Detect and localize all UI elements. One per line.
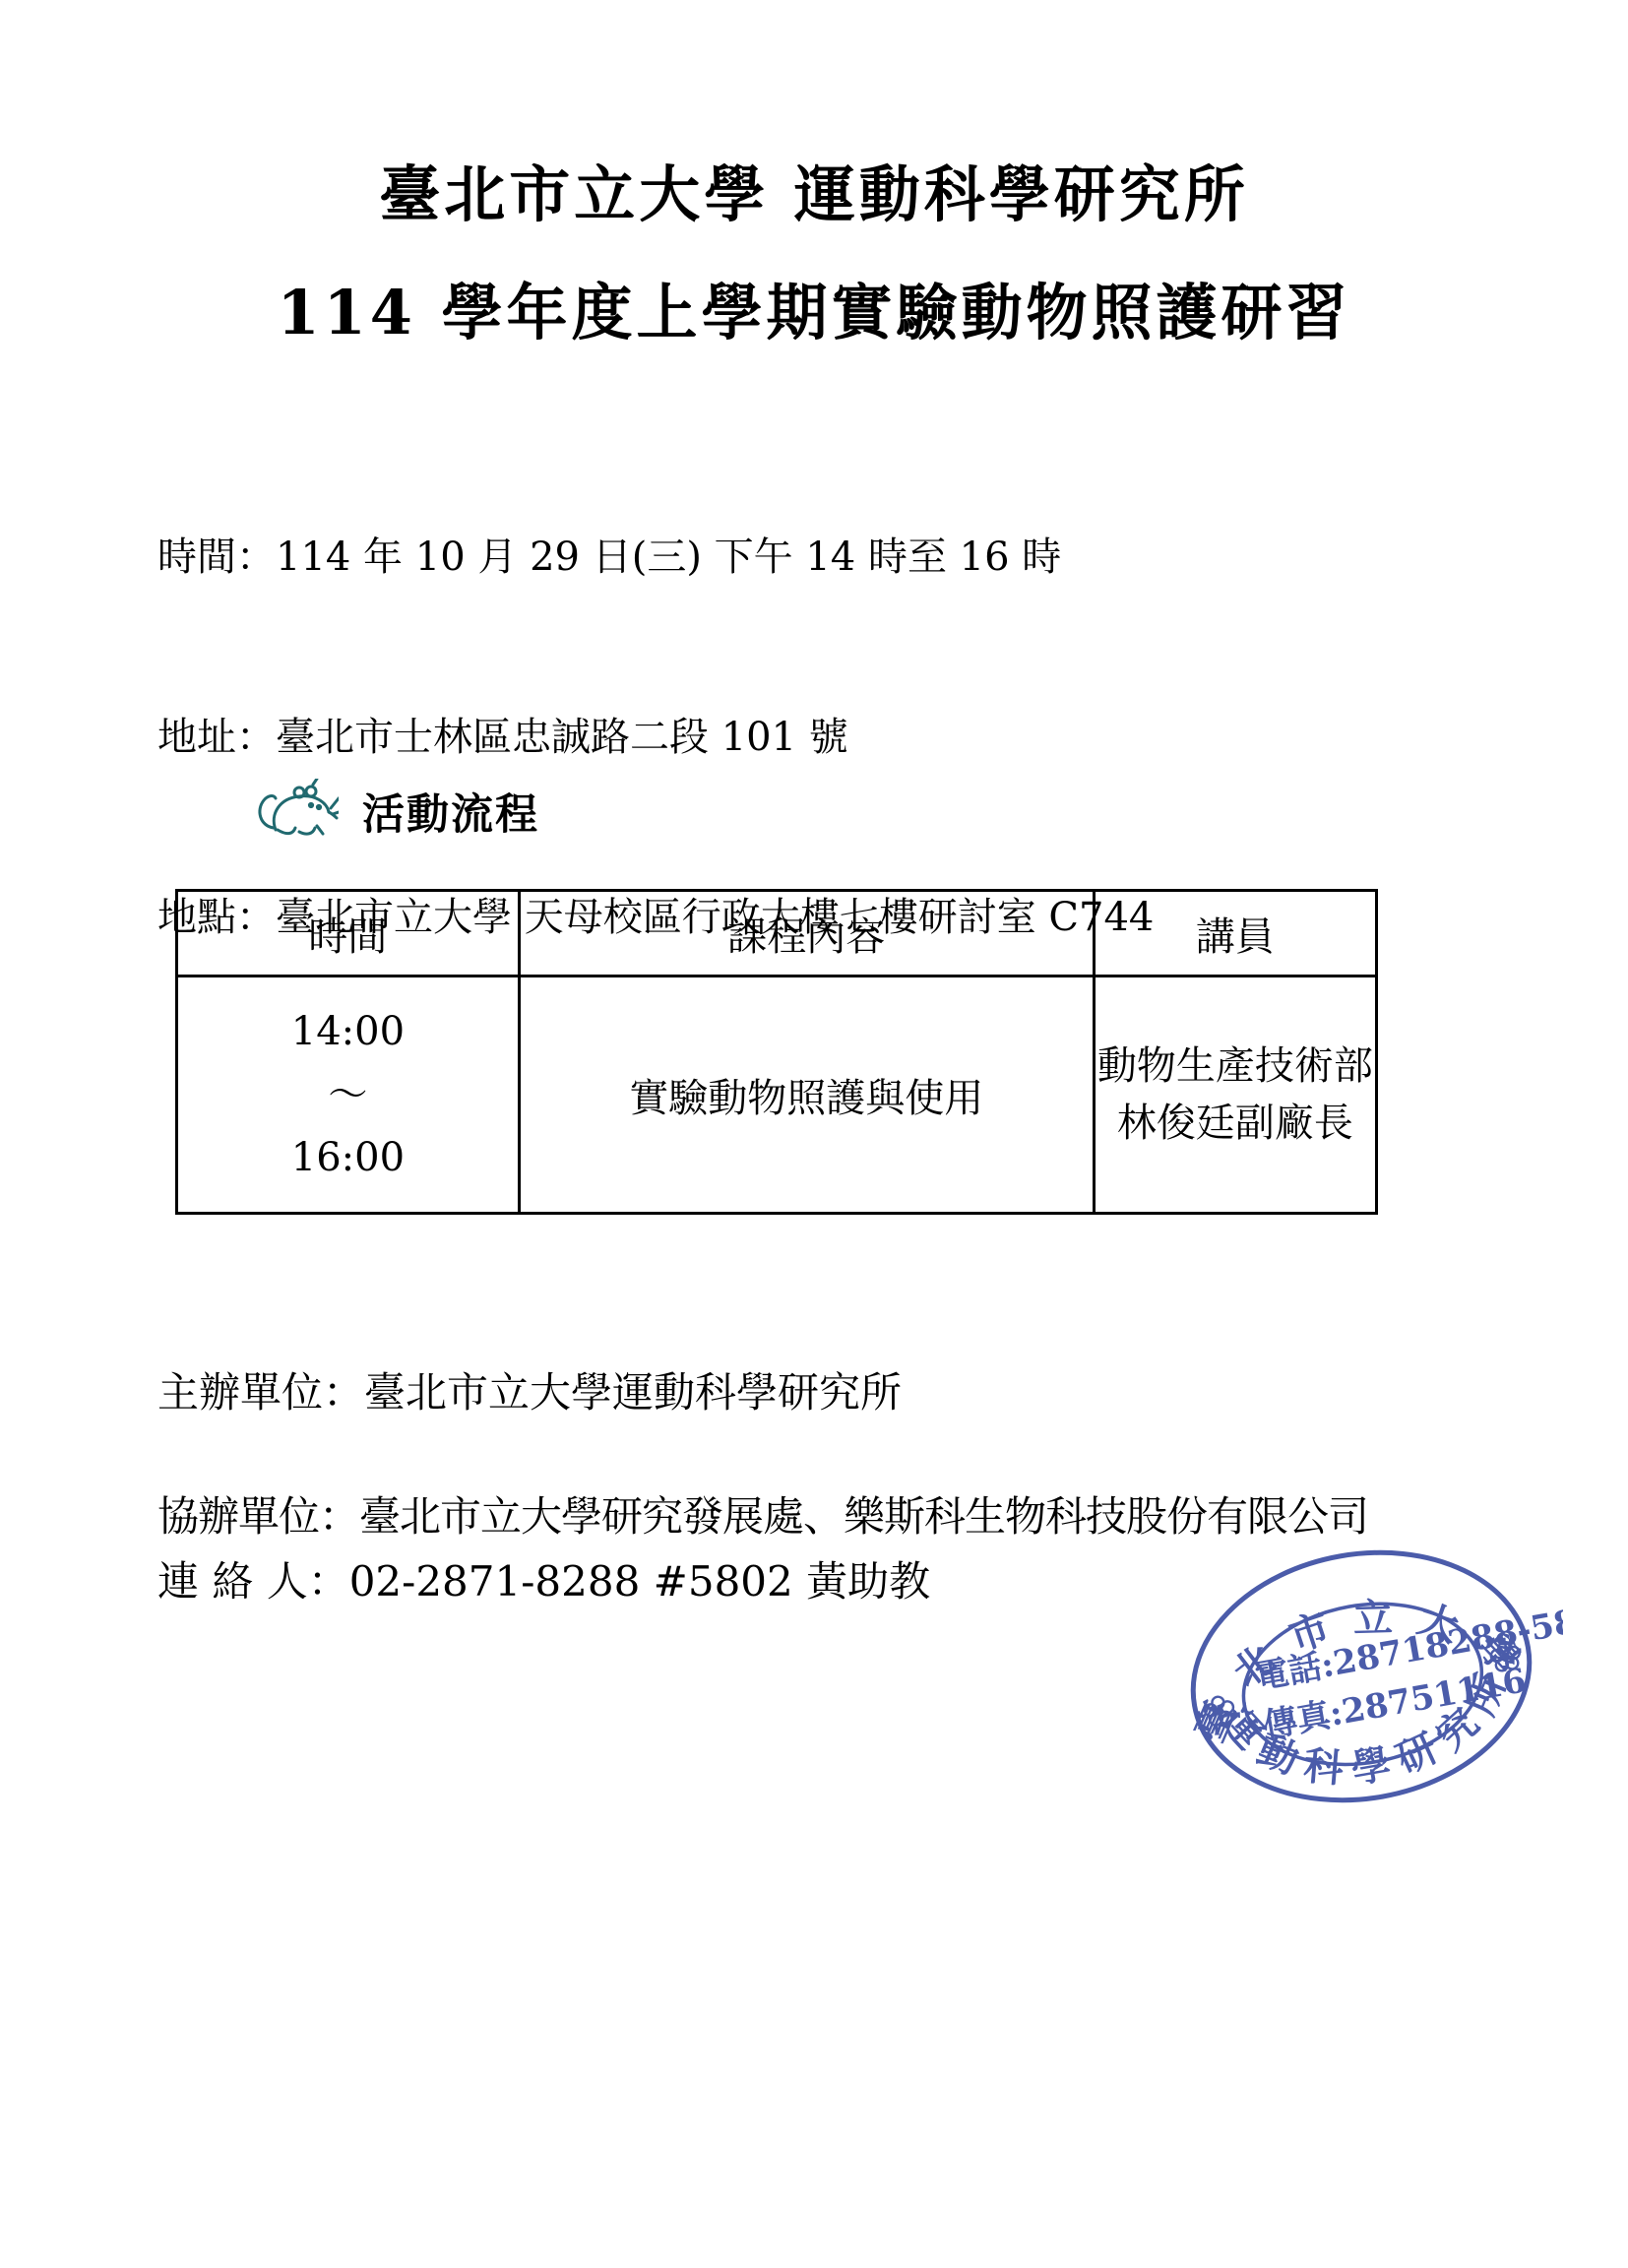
agenda-cell-course: 實驗動物照護與使用 — [519, 976, 1094, 1214]
agenda-header-time: 時間 — [177, 891, 520, 976]
page-subtitle: 114 學年度上學期實驗動物照護研習 — [0, 264, 1628, 351]
contact-line: 連 絡 人：02-2871-8288 #5802 黃助教 — [157, 1549, 930, 1608]
agenda-table-row: 14:00 ～ 16:00 實驗動物照護與使用 動物生產技術部 林俊廷副廠長 — [177, 976, 1377, 1214]
agenda-cell-speaker: 動物生產技術部 林俊廷副廠長 — [1094, 976, 1376, 1214]
agenda-table-header-row: 時間 課程內容 講員 — [177, 891, 1377, 976]
page-title: 臺北市立大學 運動科學研究所 — [0, 146, 1628, 233]
agenda-section-header: 活動流程 — [254, 780, 539, 843]
university-stamp: 臺北市立大學 運動科學研究所 電話:28718288-5802 傳真:28751… — [1159, 1524, 1563, 1829]
agenda-header-speaker: 講員 — [1094, 891, 1376, 976]
document-page: 臺北市立大學 運動科學研究所 114 學年度上學期實驗動物照護研習 時間：114… — [0, 0, 1628, 2268]
event-time: 時間：114 年 10 月 29 日(三) 下午 14 時至 16 時 — [157, 528, 1535, 588]
agenda-cell-time: 14:00 ～ 16:00 — [177, 976, 520, 1214]
agenda-section-title: 活動流程 — [362, 782, 539, 842]
time-start: 14:00 — [178, 1000, 518, 1063]
mouse-icon — [254, 779, 339, 844]
time-end: 16:00 — [178, 1126, 518, 1189]
event-address: 地址：臺北市士林區忠誠路二段 101 號 — [157, 708, 1535, 768]
agenda-table: 時間 課程內容 講員 14:00 ～ 16:00 實驗動物照護與使用 動物生產技… — [175, 889, 1378, 1215]
speaker-department: 動物生產技術部 — [1096, 1038, 1375, 1095]
agenda-header-course: 課程內容 — [519, 891, 1094, 976]
time-tilde: ～ — [178, 1063, 518, 1126]
speaker-name: 林俊廷副廠長 — [1096, 1095, 1375, 1152]
organizer-line: 主辦單位：臺北市立大學運動科學研究所 — [157, 1360, 902, 1419]
